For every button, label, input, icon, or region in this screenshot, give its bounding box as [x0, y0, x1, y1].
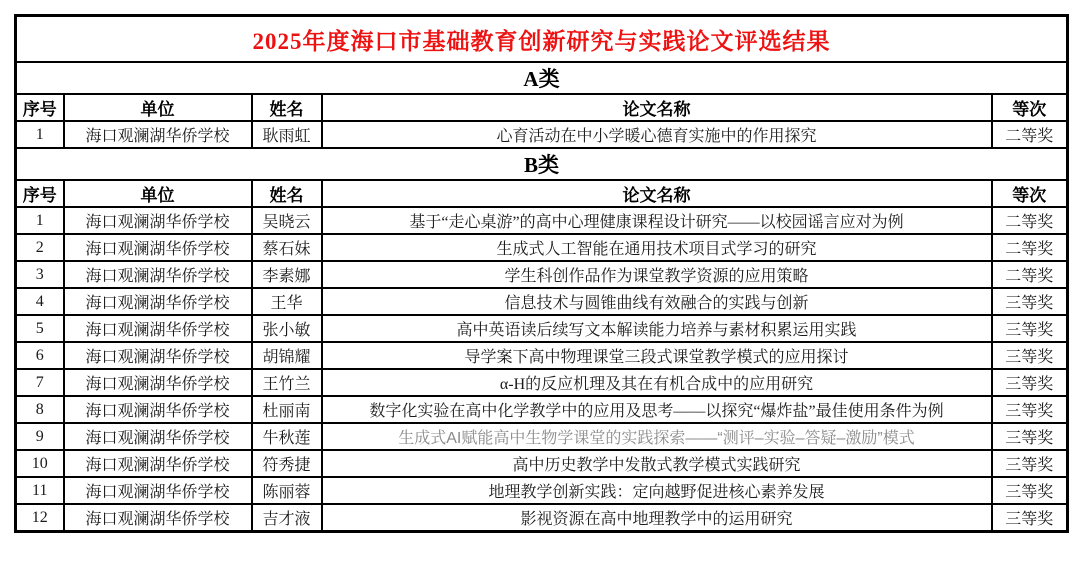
table-row: 9 海口观澜湖华侨学校 牛秋莲 生成式AI赋能高中生物学课堂的实践探索——“测评… — [16, 423, 1068, 450]
table-row: 4 海口观澜湖华侨学校 王华 信息技术与圆锥曲线有效融合的实践与创新 三等奖 — [16, 288, 1068, 315]
cell-unit: 海口观澜湖华侨学校 — [64, 315, 252, 342]
column-header-paper: 论文名称 — [322, 180, 992, 207]
cell-award: 三等奖 — [992, 504, 1068, 532]
cell-name: 吉才液 — [252, 504, 322, 532]
cell-award: 三等奖 — [992, 288, 1068, 315]
cell-no: 5 — [16, 315, 64, 342]
column-header-name: 姓名 — [252, 94, 322, 121]
cell-name: 陈丽蓉 — [252, 477, 322, 504]
cell-no: 11 — [16, 477, 64, 504]
cell-no: 8 — [16, 396, 64, 423]
table-row: 6 海口观澜湖华侨学校 胡锦耀 导学案下高中物理课堂三段式课堂教学模式的应用探讨… — [16, 342, 1068, 369]
title-row: 2025年度海口市基础教育创新研究与实践论文评选结果 — [16, 16, 1068, 63]
cell-unit: 海口观澜湖华侨学校 — [64, 369, 252, 396]
cell-no: 2 — [16, 234, 64, 261]
cell-no: 12 — [16, 504, 64, 532]
column-header-row-b: 序号 单位 姓名 论文名称 等次 — [16, 180, 1068, 207]
cell-award: 三等奖 — [992, 315, 1068, 342]
cell-unit: 海口观澜湖华侨学校 — [64, 450, 252, 477]
table-row: 12 海口观澜湖华侨学校 吉才液 影视资源在高中地理教学中的运用研究 三等奖 — [16, 504, 1068, 532]
cell-no: 9 — [16, 423, 64, 450]
cell-unit: 海口观澜湖华侨学校 — [64, 423, 252, 450]
cell-name: 符秀捷 — [252, 450, 322, 477]
column-header-unit: 单位 — [64, 180, 252, 207]
cell-unit: 海口观澜湖华侨学校 — [64, 207, 252, 234]
cell-unit: 海口观澜湖华侨学校 — [64, 342, 252, 369]
cell-name: 蔡石妹 — [252, 234, 322, 261]
cell-name: 李素娜 — [252, 261, 322, 288]
column-header-paper: 论文名称 — [322, 94, 992, 121]
table-row: 8 海口观澜湖华侨学校 杜丽南 数字化实验在高中化学教学中的应用及思考——以探究… — [16, 396, 1068, 423]
cell-paper: 基于“走心桌游”的高中心理健康课程设计研究——以校园谣言应对为例 — [322, 207, 992, 234]
section-row-a: A类 — [16, 62, 1068, 94]
cell-name: 张小敏 — [252, 315, 322, 342]
table-row: 1 海口观澜湖华侨学校 耿雨虹 心育活动在中小学暖心德育实施中的作用探究 二等奖 — [16, 121, 1068, 148]
results-table: 2025年度海口市基础教育创新研究与实践论文评选结果 A类 序号 单位 姓名 论… — [14, 14, 1069, 533]
cell-paper: 地理教学创新实践：定向越野促进核心素养发展 — [322, 477, 992, 504]
table-row: 10 海口观澜湖华侨学校 符秀捷 高中历史教学中发散式教学模式实践研究 三等奖 — [16, 450, 1068, 477]
column-header-unit: 单位 — [64, 94, 252, 121]
table-row: 5 海口观澜湖华侨学校 张小敏 高中英语读后续写文本解读能力培养与素材积累运用实… — [16, 315, 1068, 342]
cell-unit: 海口观澜湖华侨学校 — [64, 477, 252, 504]
cell-no: 10 — [16, 450, 64, 477]
cell-no: 1 — [16, 207, 64, 234]
cell-paper: 生成式AI赋能高中生物学课堂的实践探索——“测评–实验–答疑–激励”模式 — [322, 423, 992, 450]
cell-name: 王竹兰 — [252, 369, 322, 396]
cell-award: 二等奖 — [992, 261, 1068, 288]
document-page: 2025年度海口市基础教育创新研究与实践论文评选结果 A类 序号 单位 姓名 论… — [0, 0, 1080, 576]
cell-award: 二等奖 — [992, 207, 1068, 234]
page-title: 2025年度海口市基础教育创新研究与实践论文评选结果 — [16, 16, 1068, 63]
table-row: 1 海口观澜湖华侨学校 吴晓云 基于“走心桌游”的高中心理健康课程设计研究——以… — [16, 207, 1068, 234]
table-row: 7 海口观澜湖华侨学校 王竹兰 α-H的反应机理及其在有机合成中的应用研究 三等… — [16, 369, 1068, 396]
cell-paper: 影视资源在高中地理教学中的运用研究 — [322, 504, 992, 532]
cell-award: 三等奖 — [992, 450, 1068, 477]
cell-paper: 导学案下高中物理课堂三段式课堂教学模式的应用探讨 — [322, 342, 992, 369]
column-header-no: 序号 — [16, 94, 64, 121]
cell-paper: 生成式人工智能在通用技术项目式学习的研究 — [322, 234, 992, 261]
cell-unit: 海口观澜湖华侨学校 — [64, 288, 252, 315]
cell-paper: α-H的反应机理及其在有机合成中的应用研究 — [322, 369, 992, 396]
cell-no: 4 — [16, 288, 64, 315]
column-header-award: 等次 — [992, 180, 1068, 207]
section-header-b: B类 — [16, 148, 1068, 180]
cell-award: 二等奖 — [992, 121, 1068, 148]
cell-name: 吴晓云 — [252, 207, 322, 234]
cell-award: 二等奖 — [992, 234, 1068, 261]
table-row: 11 海口观澜湖华侨学校 陈丽蓉 地理教学创新实践：定向越野促进核心素养发展 三… — [16, 477, 1068, 504]
cell-paper: 信息技术与圆锥曲线有效融合的实践与创新 — [322, 288, 992, 315]
section-row-b: B类 — [16, 148, 1068, 180]
cell-unit: 海口观澜湖华侨学校 — [64, 396, 252, 423]
cell-no: 3 — [16, 261, 64, 288]
column-header-name: 姓名 — [252, 180, 322, 207]
column-header-award: 等次 — [992, 94, 1068, 121]
cell-paper: 学生科创作品作为课堂教学资源的应用策略 — [322, 261, 992, 288]
section-header-a: A类 — [16, 62, 1068, 94]
cell-no: 7 — [16, 369, 64, 396]
cell-name: 牛秋莲 — [252, 423, 322, 450]
column-header-row-a: 序号 单位 姓名 论文名称 等次 — [16, 94, 1068, 121]
cell-unit: 海口观澜湖华侨学校 — [64, 504, 252, 532]
cell-award: 三等奖 — [992, 423, 1068, 450]
cell-no: 6 — [16, 342, 64, 369]
cell-name: 杜丽南 — [252, 396, 322, 423]
cell-unit: 海口观澜湖华侨学校 — [64, 234, 252, 261]
cell-paper: 心育活动在中小学暖心德育实施中的作用探究 — [322, 121, 992, 148]
cell-paper: 高中英语读后续写文本解读能力培养与素材积累运用实践 — [322, 315, 992, 342]
column-header-no: 序号 — [16, 180, 64, 207]
cell-name: 耿雨虹 — [252, 121, 322, 148]
cell-unit: 海口观澜湖华侨学校 — [64, 121, 252, 148]
cell-award: 三等奖 — [992, 396, 1068, 423]
cell-award: 三等奖 — [992, 369, 1068, 396]
cell-name: 王华 — [252, 288, 322, 315]
cell-unit: 海口观澜湖华侨学校 — [64, 261, 252, 288]
cell-award: 三等奖 — [992, 477, 1068, 504]
cell-name: 胡锦耀 — [252, 342, 322, 369]
cell-no: 1 — [16, 121, 64, 148]
cell-paper: 高中历史教学中发散式教学模式实践研究 — [322, 450, 992, 477]
table-row: 3 海口观澜湖华侨学校 李素娜 学生科创作品作为课堂教学资源的应用策略 二等奖 — [16, 261, 1068, 288]
cell-award: 三等奖 — [992, 342, 1068, 369]
cell-paper: 数字化实验在高中化学教学中的应用及思考——以探究“爆炸盐”最佳使用条件为例 — [322, 396, 992, 423]
table-row: 2 海口观澜湖华侨学校 蔡石妹 生成式人工智能在通用技术项目式学习的研究 二等奖 — [16, 234, 1068, 261]
